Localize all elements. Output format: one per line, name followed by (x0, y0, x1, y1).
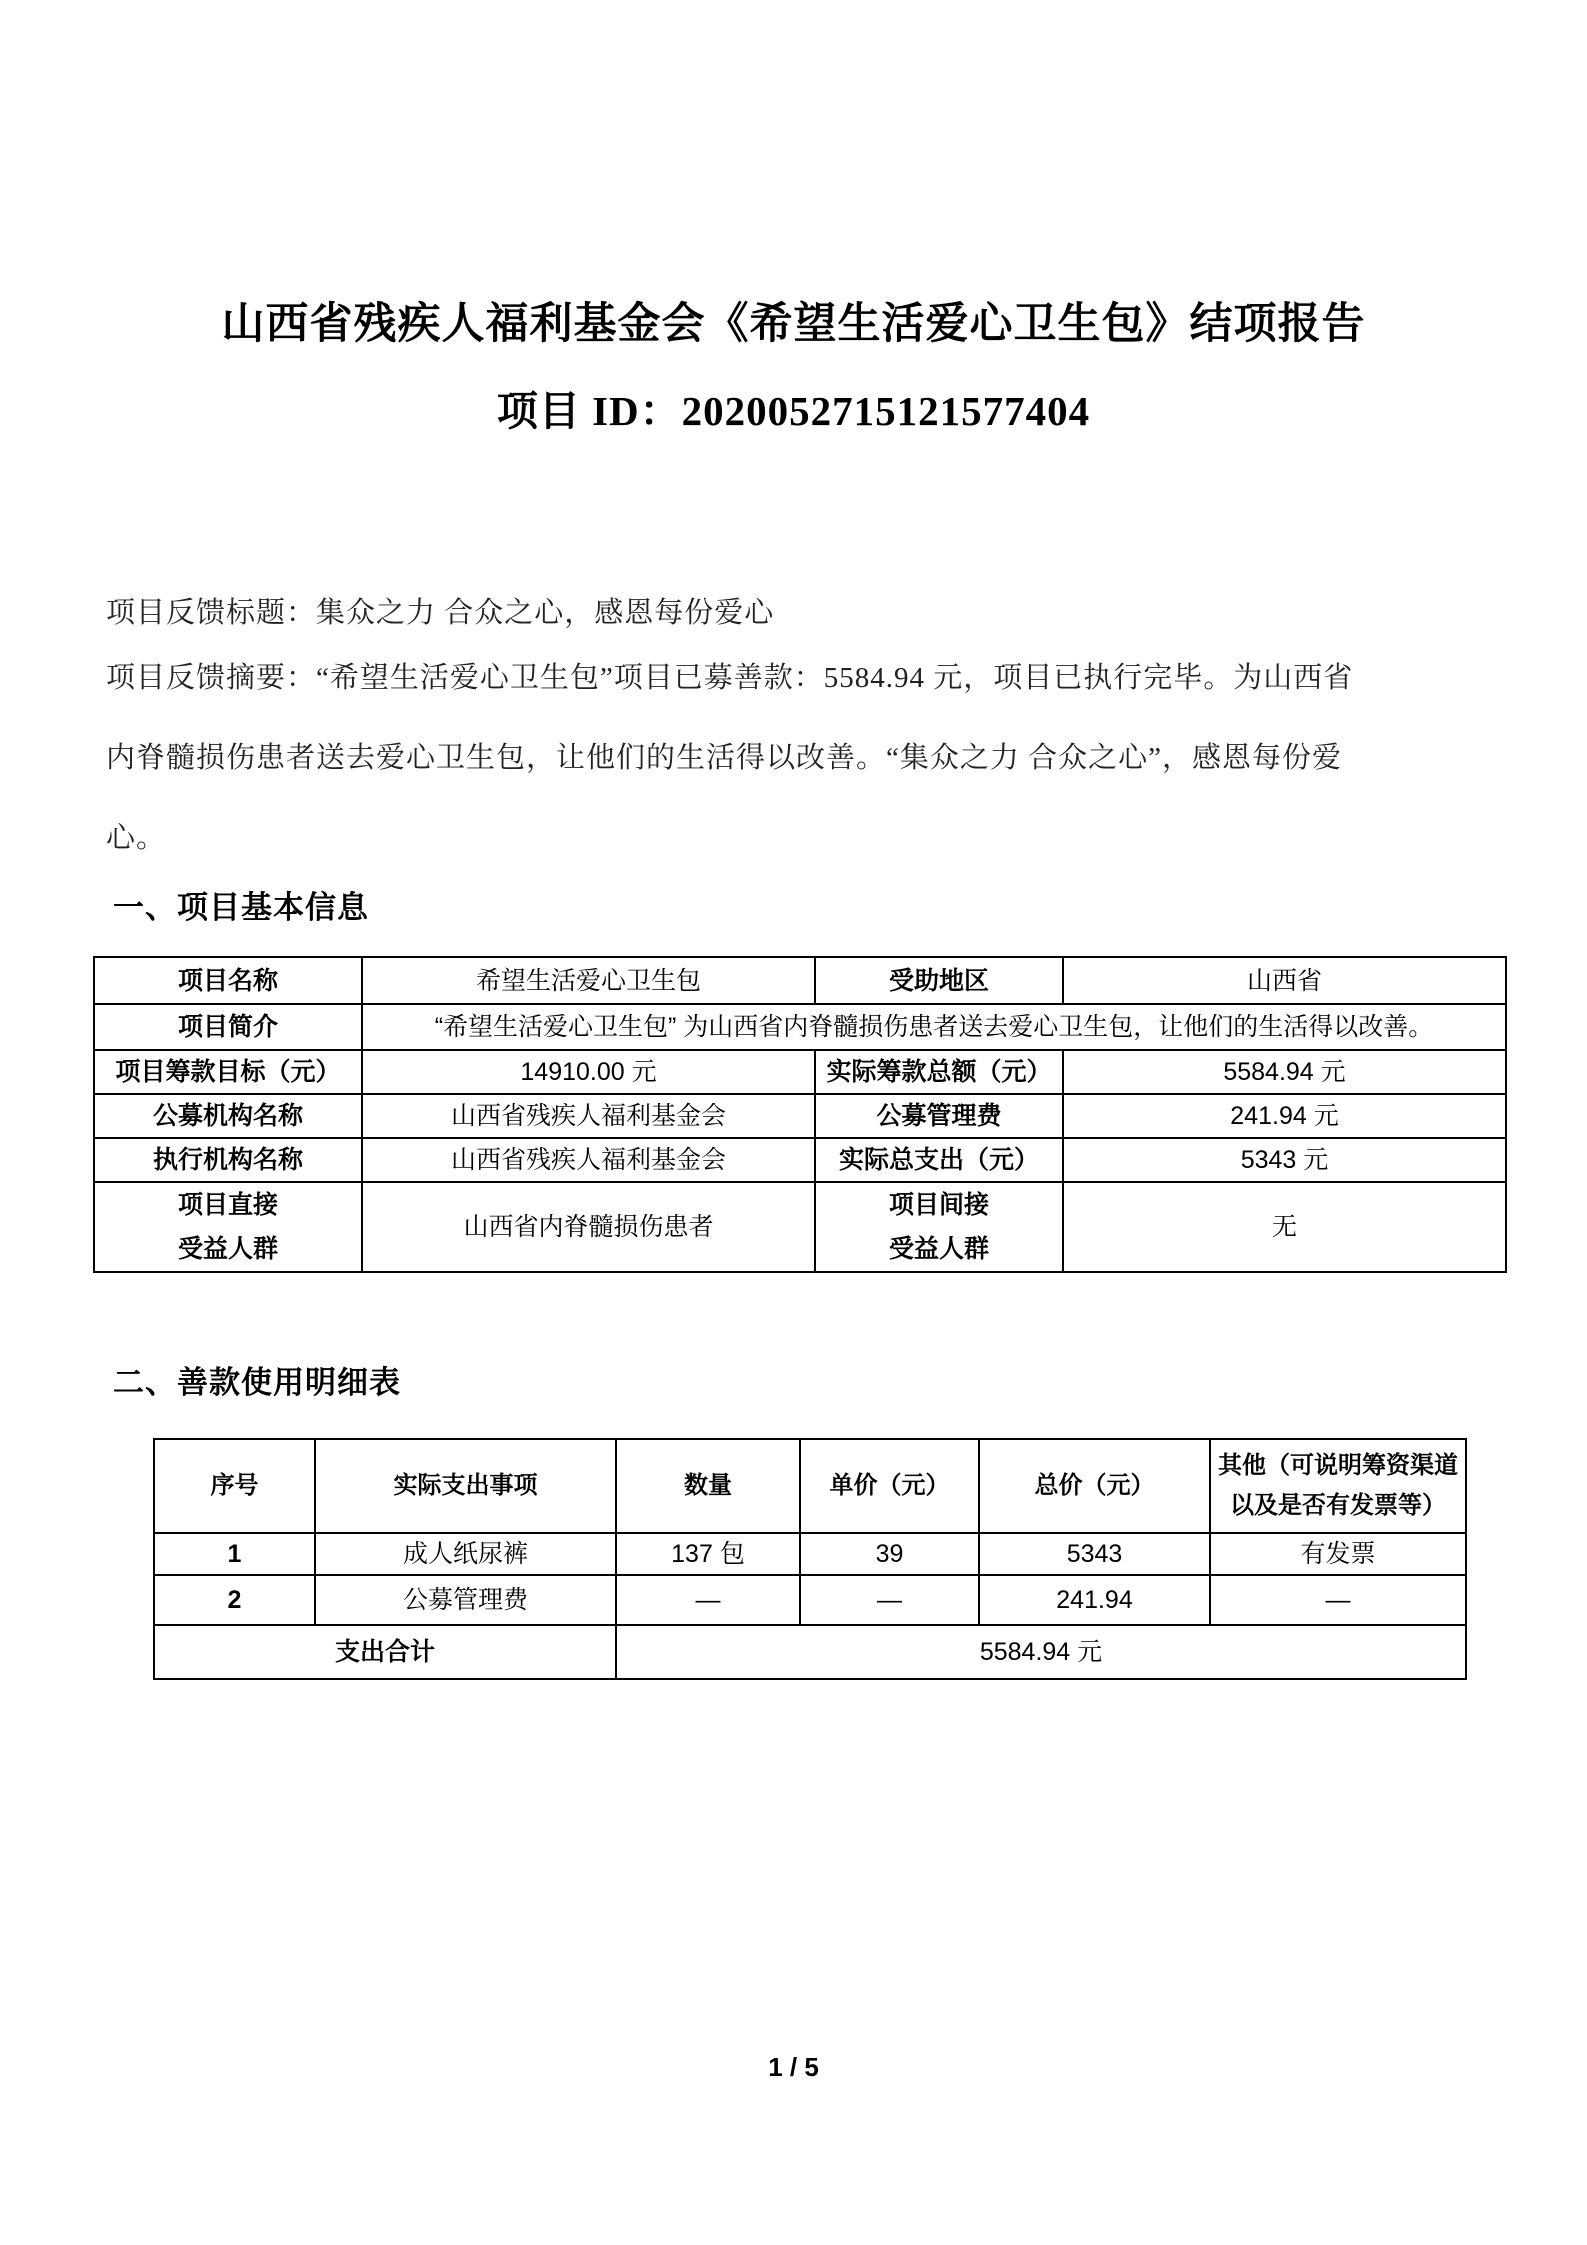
project-id: 项目 ID：2020052715121577404 (0, 388, 1587, 434)
table-row: 执行机构名称 山西省残疾人福利基金会 实际总支出（元） 5343 元 (94, 1138, 1506, 1182)
table-row: 公募机构名称 山西省残疾人福利基金会 公募管理费 241.94 元 (94, 1094, 1506, 1138)
exec-org-label: 执行机构名称 (94, 1138, 362, 1182)
expense-total-value: 5584.94 元 (616, 1625, 1466, 1679)
header-other: 其他（可说明筹资渠道以及是否有发票等） (1210, 1439, 1466, 1533)
mgmt-fee-value: 241.94 元 (1063, 1094, 1506, 1138)
expense-total-label: 支出合计 (154, 1625, 616, 1679)
exec-org-value: 山西省残疾人福利基金会 (362, 1138, 815, 1182)
direct-beneficiary-label: 项目直接 受益人群 (94, 1182, 362, 1272)
aid-region-label: 受助地区 (815, 957, 1063, 1004)
aid-region-value: 山西省 (1063, 957, 1506, 1004)
row-unit-price: — (800, 1575, 979, 1625)
row-quantity: 137 包 (616, 1533, 800, 1575)
row-item: 成人纸尿裤 (315, 1533, 616, 1575)
expense-total-row: 支出合计 5584.94 元 (154, 1625, 1466, 1679)
fund-actual-label: 实际筹款总额（元） (815, 1050, 1063, 1094)
section-heading-expense-detail: 二、善款使用明细表 (113, 1363, 401, 1403)
total-expense-label: 实际总支出（元） (815, 1138, 1063, 1182)
indirect-beneficiary-label-line1: 项目间接 (820, 1183, 1058, 1227)
row-unit-price: 39 (800, 1533, 979, 1575)
direct-beneficiary-label-line2: 受益人群 (99, 1227, 357, 1271)
total-expense-value: 5343 元 (1063, 1138, 1506, 1182)
expense-row: 2 公募管理费 — — 241.94 — (154, 1575, 1466, 1625)
table-row: 项目筹款目标（元） 14910.00 元 实际筹款总额（元） 5584.94 元 (94, 1050, 1506, 1094)
header-item: 实际支出事项 (315, 1439, 616, 1533)
project-intro-value: “希望生活爱心卫生包” 为山西省内脊髓损伤患者送去爱心卫生包，让他们的生活得以改… (362, 1004, 1506, 1050)
table-row: 项目简介 “希望生活爱心卫生包” 为山西省内脊髓损伤患者送去爱心卫生包，让他们的… (94, 1004, 1506, 1050)
mgmt-fee-label: 公募管理费 (815, 1094, 1063, 1138)
direct-beneficiary-value: 山西省内脊髓损伤患者 (362, 1182, 815, 1272)
feedback-summary: 项目反馈摘要：“希望生活爱心卫生包”项目已募善款：5584.94 元，项目已执行… (106, 638, 1498, 878)
row-other: 有发票 (1210, 1533, 1466, 1575)
table-row: 项目直接 受益人群 山西省内脊髓损伤患者 项目间接 受益人群 无 (94, 1182, 1506, 1272)
header-quantity: 数量 (616, 1439, 800, 1533)
feedback-summary-line: 内脊髓损伤患者送去爱心卫生包，让他们的生活得以改善。“集众之力 合众之心”，感恩… (106, 718, 1498, 798)
expense-row: 1 成人纸尿裤 137 包 39 5343 有发票 (154, 1533, 1466, 1575)
row-item: 公募管理费 (315, 1575, 616, 1625)
header-unit-price: 单价（元） (800, 1439, 979, 1533)
indirect-beneficiary-label: 项目间接 受益人群 (815, 1182, 1063, 1272)
feedback-summary-line: 心。 (106, 798, 1498, 878)
public-org-label: 公募机构名称 (94, 1094, 362, 1138)
fund-actual-value: 5584.94 元 (1063, 1050, 1506, 1094)
page-number: 1 / 5 (0, 2052, 1587, 2083)
project-name-label: 项目名称 (94, 957, 362, 1004)
direct-beneficiary-label-line1: 项目直接 (99, 1183, 357, 1227)
row-total-price: 5343 (979, 1533, 1210, 1575)
expense-detail-table: 序号 实际支出事项 数量 单价（元） 总价（元） 其他（可说明筹资渠道以及是否有… (153, 1438, 1467, 1680)
fund-target-label: 项目筹款目标（元） (94, 1050, 362, 1094)
indirect-beneficiary-label-line2: 受益人群 (820, 1227, 1058, 1271)
row-other: — (1210, 1575, 1466, 1625)
header-total-price: 总价（元） (979, 1439, 1210, 1533)
indirect-beneficiary-value: 无 (1063, 1182, 1506, 1272)
fund-target-value: 14910.00 元 (362, 1050, 815, 1094)
expense-header-row: 序号 实际支出事项 数量 单价（元） 总价（元） 其他（可说明筹资渠道以及是否有… (154, 1439, 1466, 1533)
report-page: 山西省残疾人福利基金会《希望生活爱心卫生包》结项报告 项目 ID：2020052… (0, 0, 1587, 2245)
row-serial: 2 (154, 1575, 315, 1625)
project-name-value: 希望生活爱心卫生包 (362, 957, 815, 1004)
basic-info-table: 项目名称 希望生活爱心卫生包 受助地区 山西省 项目简介 “希望生活爱心卫生包”… (93, 956, 1507, 1273)
row-quantity: — (616, 1575, 800, 1625)
feedback-summary-line: 项目反馈摘要：“希望生活爱心卫生包”项目已募善款：5584.94 元，项目已执行… (106, 638, 1498, 718)
public-org-value: 山西省残疾人福利基金会 (362, 1094, 815, 1138)
header-serial: 序号 (154, 1439, 315, 1533)
row-total-price: 241.94 (979, 1575, 1210, 1625)
table-row: 项目名称 希望生活爱心卫生包 受助地区 山西省 (94, 957, 1506, 1004)
project-intro-label: 项目简介 (94, 1004, 362, 1050)
report-title: 山西省残疾人福利基金会《希望生活爱心卫生包》结项报告 (0, 300, 1587, 350)
row-serial: 1 (154, 1533, 315, 1575)
section-heading-basic-info: 一、项目基本信息 (113, 888, 369, 928)
feedback-title: 项目反馈标题：集众之力 合众之心，感恩每份爱心 (106, 590, 1496, 631)
